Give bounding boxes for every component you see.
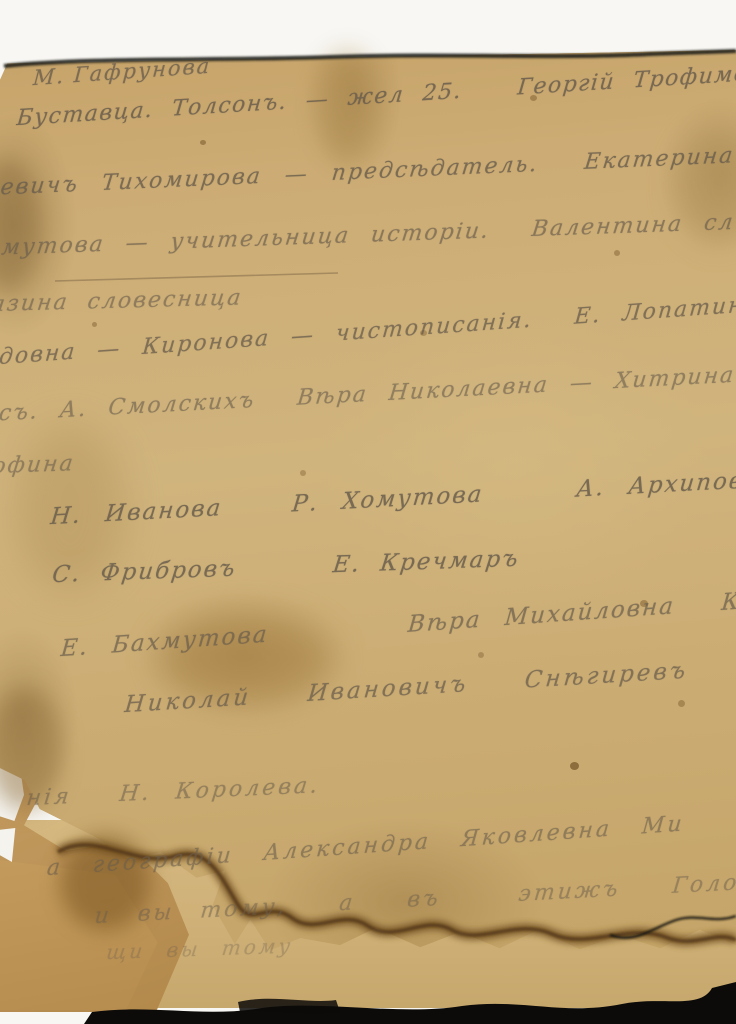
manuscript-scan: М. Гафрунова Буставца. Толсонъ. — жел 25… — [0, 0, 736, 1024]
pencil-rule — [55, 273, 338, 281]
overlay-strokes — [0, 0, 736, 1024]
scan-edge-line — [4, 51, 736, 66]
